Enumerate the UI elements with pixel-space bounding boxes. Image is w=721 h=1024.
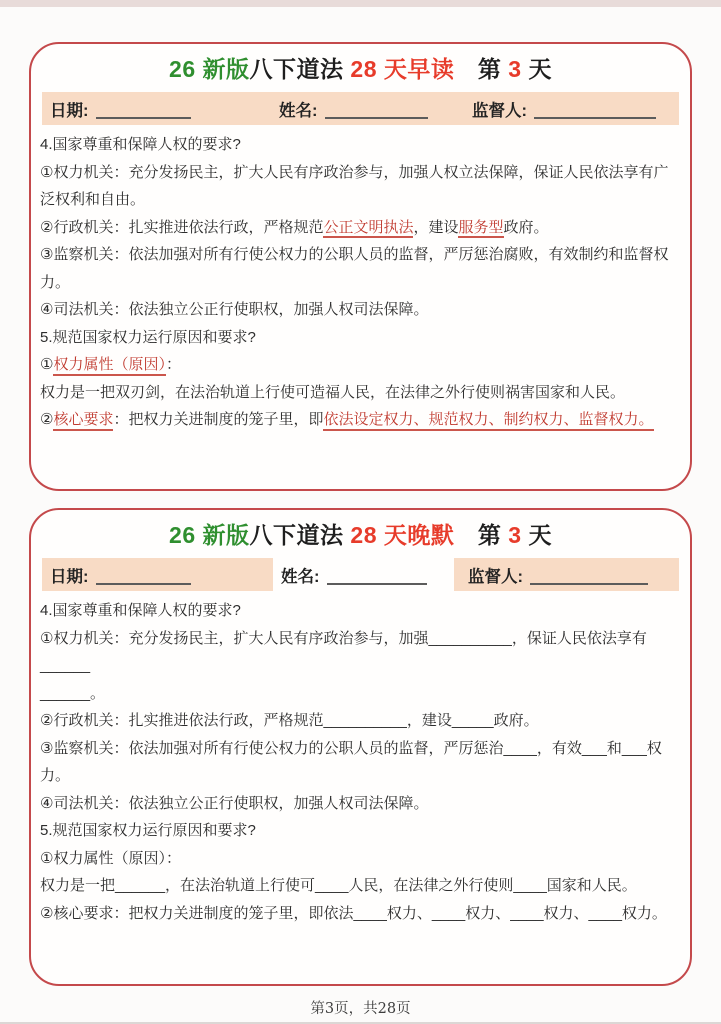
- text-segment: 5.规范国家权力运行原因和要求?: [40, 329, 256, 346]
- photo-top-edge: [0, 0, 721, 7]
- date-field: 日期:: [42, 92, 279, 125]
- name-blank-line: [325, 102, 428, 119]
- text-line: ③监察机关：依法加强对所有行使公权力的公职人员的监督，严厉惩治腐败，有效制约和监…: [40, 241, 681, 296]
- highlighted-phrase: 核心要求: [53, 411, 113, 431]
- text-line: ①权力属性（原因）：: [40, 845, 681, 873]
- evening-card-title: 26 新版八下道法 28 天晚默 第 3 天: [41, 518, 680, 552]
- text-line: ②核心要求：把权力关进制度的笼子里，即依法____权力、____权力、____权…: [40, 900, 681, 928]
- text-segment: 政府。: [504, 219, 549, 236]
- text-line: 权力是一把______，在法治轨道上行使可____人民，在法律之外行使则____…: [40, 872, 681, 900]
- supervisor-blank-line: [530, 568, 648, 585]
- title-segment: 天: [522, 522, 552, 548]
- supervisor-field: 监督人:: [472, 92, 679, 125]
- date-blank-line: [96, 102, 191, 119]
- supervisor-blank-line: [534, 102, 656, 119]
- evening-recitation-card: 26 新版八下道法 28 天晚默 第 3 天 日期: 姓名: 监督人: 4.国家…: [29, 508, 692, 986]
- date-blank-line: [96, 568, 191, 585]
- worksheet-page: 26 新版八下道法 28 天早读 第 3 天 日期: 姓名: 监督人: 4.国家…: [0, 0, 721, 1024]
- title-segment: 第: [454, 522, 508, 548]
- text-line: 4.国家尊重和保障人权的要求?: [40, 131, 681, 159]
- title-segment: 26 新版: [169, 522, 249, 548]
- text-segment: ：把权力关进制度的笼子里，即: [113, 411, 323, 428]
- evening-info-row: 日期: 姓名: 监督人:: [42, 558, 679, 591]
- highlighted-phrase: 依法设定权力、规范权力、制约权力、监督权力。: [323, 411, 653, 431]
- name-label: 姓名:: [279, 97, 318, 121]
- text-line: ④司法机关：依法独立公正行使职权，加强人权司法保障。: [40, 790, 681, 818]
- title-segment: 天: [522, 56, 552, 82]
- text-line: ④司法机关：依法独立公正行使职权，加强人权司法保障。: [40, 296, 681, 324]
- highlighted-phrase: 公正文明执法: [323, 219, 413, 239]
- text-line: ③监察机关：依法加强对所有行使公权力的公职人员的监督，严厉惩治____，有效__…: [40, 735, 681, 790]
- text-segment: 权力是一把______，在法治轨道上行使可____人民，在法律之外行使则____…: [40, 877, 637, 894]
- text-segment: ②核心要求：把权力关进制度的笼子里，即依法____权力、____权力、____权…: [40, 905, 667, 922]
- name-field: 姓名:: [273, 558, 454, 591]
- highlighted-phrase: 权力属性（原因）: [53, 356, 166, 376]
- text-segment: ②: [40, 411, 53, 428]
- title-segment: 第: [454, 56, 508, 82]
- morning-card-title: 26 新版八下道法 28 天早读 第 3 天: [41, 52, 680, 86]
- text-segment: ④司法机关：依法独立公正行使职权，加强人权司法保障。: [40, 301, 428, 318]
- text-segment: ______。: [40, 685, 105, 702]
- text-segment: ③监察机关：依法加强对所有行使公权力的公职人员的监督，严厉惩治腐败，有效制约和监…: [40, 246, 668, 291]
- page-number: 第3页，共28页: [0, 997, 721, 1018]
- text-line: 权力是一把双刃剑，在法治轨道上行使可造福人民，在法律之外行使则祸害国家和人民。: [40, 379, 681, 407]
- text-segment: ①权力属性（原因）：: [40, 850, 181, 867]
- text-segment: 5.规范国家权力运行原因和要求?: [40, 822, 256, 839]
- name-blank-line: [327, 568, 427, 585]
- text-line: ②核心要求：把权力关进制度的笼子里，即依法设定权力、规范权力、制约权力、监督权力…: [40, 406, 681, 434]
- text-line: 4.国家尊重和保障人权的要求?: [40, 597, 681, 625]
- text-line: ______。: [40, 680, 681, 708]
- highlighted-phrase: 服务型: [458, 219, 503, 239]
- text-segment: ①权力机关：充分发扬民主，扩大人民有序政治参与，加强__________，保证人…: [40, 630, 647, 675]
- name-field: 姓名:: [279, 92, 472, 125]
- morning-reading-card: 26 新版八下道法 28 天早读 第 3 天 日期: 姓名: 监督人: 4.国家…: [29, 42, 692, 491]
- evening-card-body: 4.国家尊重和保障人权的要求?①权力机关：充分发扬民主，扩大人民有序政治参与，加…: [40, 597, 681, 927]
- text-line: ②行政机关：扎实推进依法行政，严格规范__________，建设_____政府。: [40, 707, 681, 735]
- title-segment: 28 天晚默: [350, 522, 454, 548]
- text-segment: 4.国家尊重和保障人权的要求?: [40, 602, 241, 619]
- date-field: 日期:: [42, 558, 273, 591]
- title-segment: 八下道法: [250, 522, 351, 548]
- text-segment: ①权力机关：充分发扬民主，扩大人民有序政治参与，加强人权立法保障，保证人民依法享…: [40, 164, 668, 209]
- morning-card-body: 4.国家尊重和保障人权的要求?①权力机关：充分发扬民主，扩大人民有序政治参与，加…: [40, 131, 681, 434]
- text-line: ①权力机关：充分发扬民主，扩大人民有序政治参与，加强__________，保证人…: [40, 625, 681, 680]
- date-label: 日期:: [50, 563, 89, 587]
- text-line: ①权力机关：充分发扬民主，扩大人民有序政治参与，加强人权立法保障，保证人民依法享…: [40, 159, 681, 214]
- text-segment: ③监察机关：依法加强对所有行使公权力的公职人员的监督，严厉惩治____，有效__…: [40, 740, 662, 785]
- text-segment: ②行政机关：扎实推进依法行政，严格规范: [40, 219, 323, 236]
- text-segment: ①: [40, 356, 53, 373]
- text-line: ②行政机关：扎实推进依法行政，严格规范公正文明执法，建设服务型政府。: [40, 214, 681, 242]
- supervisor-label: 监督人:: [472, 97, 527, 121]
- text-line: ①权力属性（原因）：: [40, 351, 681, 379]
- text-line: 5.规范国家权力运行原因和要求?: [40, 324, 681, 352]
- text-segment: ④司法机关：依法独立公正行使职权，加强人权司法保障。: [40, 795, 428, 812]
- supervisor-label: 监督人:: [468, 563, 523, 587]
- text-segment: 4.国家尊重和保障人权的要求?: [40, 136, 241, 153]
- title-segment: 3: [508, 56, 521, 82]
- text-segment: ②行政机关：扎实推进依法行政，严格规范__________，建设_____政府。: [40, 712, 539, 729]
- title-segment: 3: [508, 522, 521, 548]
- text-line: 5.规范国家权力运行原因和要求?: [40, 817, 681, 845]
- text-segment: ，建设: [413, 219, 458, 236]
- text-segment: ：: [166, 356, 181, 373]
- title-segment: 26 新版: [169, 56, 249, 82]
- name-label: 姓名:: [281, 563, 320, 587]
- supervisor-field: 监督人:: [454, 558, 679, 591]
- morning-info-row: 日期: 姓名: 监督人:: [42, 92, 679, 125]
- text-segment: 权力是一把双刃剑，在法治轨道上行使可造福人民，在法律之外行使则祸害国家和人民。: [40, 384, 625, 401]
- date-label: 日期:: [50, 97, 89, 121]
- title-segment: 八下道法: [250, 56, 351, 82]
- title-segment: 28 天早读: [350, 56, 454, 82]
